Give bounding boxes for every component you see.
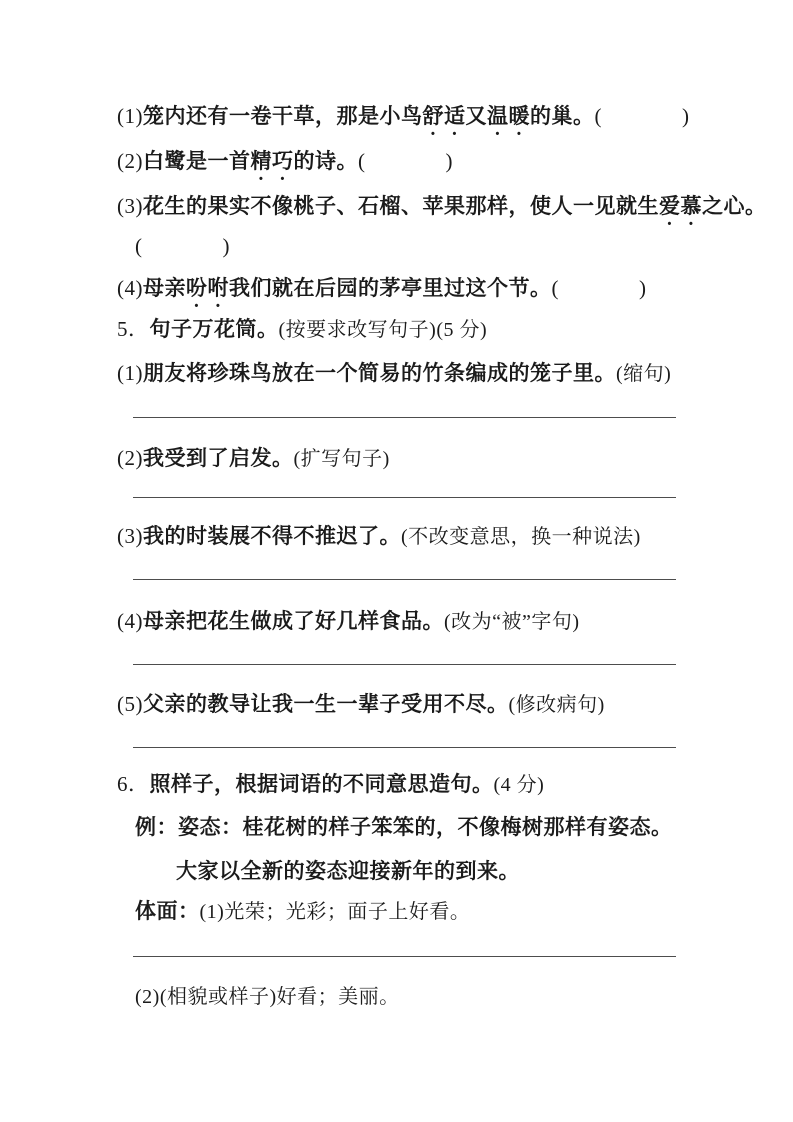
q6-example-line-1: 例：姿态：桂花树的样子笨笨的，不像梅树那样有姿态。	[135, 814, 673, 841]
answer-line	[133, 956, 676, 957]
grading-paren-close: )	[223, 234, 231, 258]
q5-item-4: (4)母亲把花生做成了好几样食品。(改为“被”字句)	[117, 608, 580, 636]
q5-heading: 5．句子万花筒。(按要求改写句子)(5 分)	[117, 316, 487, 344]
item-number: (4)	[117, 609, 143, 633]
sentence-text: 我们就在后园的茅亭里过这个节。	[229, 277, 552, 300]
emphasized-word: 爱慕	[659, 195, 702, 218]
q5-item-3: (3)我的时装展不得不推迟了。(不改变意思，换一种说法)	[117, 523, 641, 551]
question-number: 6．	[117, 772, 150, 796]
item-note: (不改变意思，换一种说法)	[401, 526, 641, 548]
q6-word-meaning-2: (2)(相貌或样子)好看；美丽。	[135, 983, 400, 1011]
answer-line	[133, 497, 676, 498]
item-note: (修改病句)	[509, 694, 605, 716]
q5-item-2: (2)我受到了启发。(扩写句子)	[117, 445, 390, 473]
emphasized-word: 精巧	[251, 150, 294, 173]
example-text: 大家以全新的姿态迎接新年的到来。	[176, 860, 520, 883]
question-score: (5 分)	[436, 319, 487, 341]
grading-paren-close: )	[446, 149, 454, 173]
grading-paren-open: (	[358, 149, 366, 173]
item-note: (缩句)	[616, 363, 671, 385]
question-number: 5．	[117, 317, 150, 341]
meaning-text: (2)(相貌或样子)好看；美丽。	[135, 986, 400, 1008]
emphasized-word: 温暖	[487, 105, 530, 128]
sentence-text: 之心。	[702, 195, 767, 218]
q6-word-meaning-1: 体面：(1)光荣；光彩；面子上好看。	[135, 898, 470, 926]
sentence-text: 父亲的教导让我一生一辈子受用不尽。	[143, 693, 509, 716]
answer-line	[133, 747, 676, 748]
question-note: (按要求改写句子)	[279, 319, 437, 341]
item-number: (2)	[117, 149, 143, 173]
q4-item-1: (1)笼内还有一卷干草，那是小鸟舒适又温暖的巢。()	[117, 103, 690, 140]
item-number: (5)	[117, 692, 143, 716]
sentence-text: 的诗。	[294, 150, 359, 173]
q6-heading: 6．照样子，根据词语的不同意思造句。(4 分)	[117, 771, 544, 799]
sentence-text: 的巢。	[530, 105, 595, 128]
item-number: (1)	[117, 361, 143, 385]
meaning-text: (1)光荣；光彩；面子上好看。	[200, 901, 471, 923]
q5-item-5: (5)父亲的教导让我一生一辈子受用不尽。(修改病句)	[117, 691, 605, 719]
sentence-text: 我的时装展不得不推迟了。	[143, 525, 401, 548]
sentence-text: 又	[466, 105, 488, 128]
item-note: (扩写句子)	[294, 448, 390, 470]
sentence-text: 母亲把花生做成了好几样食品。	[143, 610, 444, 633]
emphasized-word: 吩咐	[186, 277, 229, 300]
question-score: (4 分)	[494, 774, 545, 796]
grading-paren-open: (	[595, 104, 603, 128]
emphasized-word: 舒适	[423, 105, 466, 128]
sentence-text: 花生的果实不像桃子、石榴、苹果那样，使人一见就生	[143, 195, 659, 218]
sentence-text: 母亲	[143, 277, 186, 300]
item-note: (改为“被”字句)	[444, 611, 580, 633]
q4-item-2: (2)白鹭是一首精巧的诗。()	[117, 148, 453, 185]
question-title: 句子万花筒。	[150, 318, 279, 341]
item-number: (3)	[117, 194, 143, 218]
answer-line	[133, 579, 676, 580]
item-number: (4)	[117, 276, 143, 300]
sentence-text: 我受到了启发。	[143, 447, 294, 470]
sentence-text: 笼内还有一卷干草，那是小鸟	[143, 105, 423, 128]
grading-paren-open: (	[135, 234, 143, 258]
q6-example-line-2: 大家以全新的姿态迎接新年的到来。	[176, 858, 520, 885]
sentence-text: 朋友将珍珠鸟放在一个简易的竹条编成的笼子里。	[143, 362, 616, 385]
worksheet-page: (1)笼内还有一卷干草，那是小鸟舒适又温暖的巢。() (2)白鹭是一首精巧的诗。…	[0, 0, 793, 1122]
sentence-text: 白鹭是一首	[143, 150, 251, 173]
grading-paren-close: )	[682, 104, 690, 128]
grading-paren-open: (	[552, 276, 560, 300]
q5-item-1: (1)朋友将珍珠鸟放在一个简易的竹条编成的笼子里。(缩句)	[117, 360, 671, 388]
q4-item-3-blank: ()	[135, 233, 230, 260]
grading-paren-close: )	[639, 276, 647, 300]
example-text: 例：姿态：桂花树的样子笨笨的，不像梅树那样有姿态。	[135, 816, 673, 839]
answer-line	[133, 664, 676, 665]
question-title: 照样子，根据词语的不同意思造句。	[150, 773, 494, 796]
item-number: (2)	[117, 446, 143, 470]
answer-line	[133, 417, 676, 418]
item-number: (3)	[117, 524, 143, 548]
q4-item-3: (3)花生的果实不像桃子、石榴、苹果那样，使人一见就生爱慕之心。	[117, 193, 767, 230]
target-word: 体面：	[135, 900, 200, 923]
q4-item-4: (4)母亲吩咐我们就在后园的茅亭里过这个节。()	[117, 275, 647, 312]
item-number: (1)	[117, 104, 143, 128]
